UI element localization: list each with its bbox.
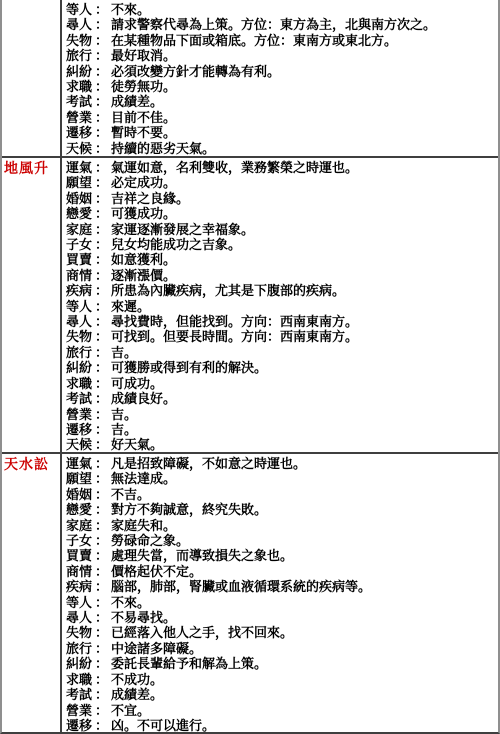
- entry-line: 疾病：所患為內臟疾病，尤其是下腹部的疾病。: [66, 283, 496, 298]
- entry-colon: ：: [92, 703, 111, 718]
- entry-colon: ：: [92, 360, 111, 375]
- entry-text: 吉祥之良緣。: [111, 191, 189, 206]
- hexagram-section: 等人：不來。 尋人：請求警察代尋為上策。方位：東方為主，北與南方次之。 失物：在…: [2, 0, 498, 156]
- entry-colon: ：: [92, 110, 111, 125]
- entry-label: 願望: [66, 471, 92, 486]
- entry-label: 戀愛: [66, 502, 92, 517]
- hexagram-entries: 運氣：凡是招致障礙，不如意之時運也。 願望：無法達成。 婚姻：不吉。 戀愛：對方…: [62, 454, 498, 732]
- entry-colon: ：: [92, 206, 111, 221]
- entry-line: 旅行：中途諸多障礙。: [66, 641, 496, 656]
- entry-label: 糾紛: [66, 64, 92, 79]
- hexagram-fortune-table: 等人：不來。 尋人：請求警察代尋為上策。方位：東方為主，北與南方次之。 失物：在…: [0, 0, 500, 734]
- entry-label: 買賣: [66, 252, 92, 267]
- entry-line: 營業：吉。: [66, 407, 496, 422]
- entry-colon: ：: [92, 687, 111, 702]
- entry-colon: ：: [92, 345, 111, 360]
- entry-line: 糾紛：委託長輩給予和解為上策。: [66, 656, 496, 671]
- entry-label: 尋人: [66, 17, 92, 32]
- entry-colon: ：: [92, 564, 111, 579]
- entry-line: 子女：勞碌命之象。: [66, 533, 496, 548]
- entry-colon: ：: [92, 314, 111, 329]
- entry-text: 不宜。: [111, 703, 150, 718]
- entry-line: 遷移：吉。: [66, 422, 496, 437]
- entry-label: 遷移: [66, 718, 92, 732]
- entry-text: 在某種物品下面或箱底。方位：東南方或東北方。: [111, 33, 397, 48]
- entry-text: 必定成功。: [111, 175, 176, 190]
- entry-colon: ：: [92, 422, 111, 437]
- entry-line: 疾病：腦部，肺部，腎臟或血液循環系統的疾病等。: [66, 579, 496, 594]
- entry-label: 考試: [66, 687, 92, 702]
- entry-colon: ：: [92, 48, 111, 63]
- hexagram-entries: 等人：不來。 尋人：請求警察代尋為上策。方位：東方為主，北與南方次之。 失物：在…: [62, 0, 498, 156]
- entry-colon: ：: [92, 471, 111, 486]
- entry-label: 失物: [66, 625, 92, 640]
- entry-label: 求職: [66, 376, 92, 391]
- entry-line: 等人：來遲。: [66, 299, 496, 314]
- entry-text: 持續的惡劣天氣。: [111, 141, 215, 156]
- entry-colon: ：: [92, 222, 111, 237]
- entry-label: 子女: [66, 533, 92, 548]
- entry-colon: ：: [92, 79, 111, 94]
- entry-colon: ：: [92, 407, 111, 422]
- entry-text: 請求警察代尋為上策。方位：東方為主，北與南方次之。: [111, 17, 436, 32]
- entry-label: 失物: [66, 329, 92, 344]
- entry-label: 糾紛: [66, 656, 92, 671]
- hexagram-section: 天水訟 運氣：凡是招致障礙，不如意之時運也。 願望：無法達成。 婚姻：不吉。 戀…: [2, 452, 498, 732]
- entry-line: 婚姻：吉祥之良緣。: [66, 191, 496, 206]
- entry-label: 等人: [66, 2, 92, 17]
- entry-label: 尋人: [66, 610, 92, 625]
- hexagram-name: 地風升: [2, 158, 62, 452]
- entry-line: 糾紛：必須改變方針才能轉為有利。: [66, 64, 496, 79]
- entry-text: 可獲成功。: [111, 206, 176, 221]
- entry-label: 疾病: [66, 283, 92, 298]
- entry-label: 運氣: [66, 160, 92, 175]
- entry-label: 商情: [66, 268, 92, 283]
- entry-colon: ：: [92, 125, 111, 140]
- entry-text: 已經落入他人之手，找不回來。: [111, 625, 293, 640]
- entry-colon: ：: [92, 175, 111, 190]
- entry-label: 疾病: [66, 579, 92, 594]
- entry-text: 腦部，肺部，腎臟或血液循環系統的疾病等。: [111, 579, 371, 594]
- entry-label: 等人: [66, 299, 92, 314]
- entry-text: 如意獲利。: [111, 252, 176, 267]
- entry-line: 失物：可找到。但要長時間。方向：西南東南方。: [66, 329, 496, 344]
- entry-line: 戀愛：對方不夠誠意，終究失敗。: [66, 502, 496, 517]
- entry-label: 旅行: [66, 48, 92, 63]
- entry-colon: ：: [92, 141, 111, 156]
- entry-colon: ：: [92, 548, 111, 563]
- entry-text: 兒女均能成功之吉象。: [111, 237, 241, 252]
- entry-line: 家庭：家運逐漸發展之幸福象。: [66, 222, 496, 237]
- entry-colon: ：: [92, 656, 111, 671]
- entry-label: 運氣: [66, 456, 92, 471]
- entry-line: 求職：不成功。: [66, 672, 496, 687]
- entry-text: 最好取消。: [111, 48, 176, 63]
- entry-text: 可成功。: [111, 376, 163, 391]
- entry-line: 尋人：不易尋找。: [66, 610, 496, 625]
- entry-text: 逐漸漲價。: [111, 268, 176, 283]
- entry-colon: ：: [92, 518, 111, 533]
- entry-line: 營業：不宜。: [66, 703, 496, 718]
- entry-line: 等人：不來。: [66, 2, 496, 17]
- entry-label: 求職: [66, 79, 92, 94]
- hexagram-section: 地風升 運氣：氣運如意，名利雙收，業務繁榮之時運也。 願望：必定成功。 婚姻：吉…: [2, 156, 498, 452]
- entry-colon: ：: [92, 641, 111, 656]
- entry-colon: ：: [92, 94, 111, 109]
- entry-label: 願望: [66, 175, 92, 190]
- entry-label: 營業: [66, 407, 92, 422]
- entry-text: 暫時不要。: [111, 125, 176, 140]
- entry-colon: ：: [92, 718, 111, 732]
- entry-text: 成績差。: [111, 687, 163, 702]
- entry-colon: ：: [92, 2, 111, 17]
- entry-label: 遷移: [66, 125, 92, 140]
- entry-colon: ：: [92, 672, 111, 687]
- entry-line: 營業：目前不佳。: [66, 110, 496, 125]
- entry-label: 營業: [66, 110, 92, 125]
- entry-colon: ：: [92, 237, 111, 252]
- entry-label: 糾紛: [66, 360, 92, 375]
- entry-text: 家運逐漸發展之幸福象。: [111, 222, 254, 237]
- entry-label: 婚姻: [66, 191, 92, 206]
- entry-label: 天候: [66, 141, 92, 156]
- entry-line: 旅行：吉。: [66, 345, 496, 360]
- entry-text: 來遲。: [111, 299, 150, 314]
- entry-line: 求職：可成功。: [66, 376, 496, 391]
- entry-text: 不來。: [111, 595, 150, 610]
- entry-label: 考試: [66, 391, 92, 406]
- entry-label: 商情: [66, 564, 92, 579]
- entry-label: 等人: [66, 595, 92, 610]
- entry-label: 旅行: [66, 641, 92, 656]
- entry-text: 尋找費時，但能找到。方向：西南東南方。: [111, 314, 358, 329]
- entry-colon: ：: [92, 391, 111, 406]
- entry-line: 遷移：暫時不要。: [66, 125, 496, 140]
- entry-line: 子女：兒女均能成功之吉象。: [66, 237, 496, 252]
- entry-line: 商情：逐漸漲價。: [66, 268, 496, 283]
- hexagram-name: [2, 0, 62, 156]
- entry-colon: ：: [92, 329, 111, 344]
- entry-colon: ：: [92, 283, 111, 298]
- entry-line: 戀愛：可獲成功。: [66, 206, 496, 221]
- entry-text: 處理失當，而導致損失之象也。: [111, 548, 293, 563]
- entry-label: 營業: [66, 703, 92, 718]
- entry-label: 失物: [66, 33, 92, 48]
- entry-text: 委託長輩給予和解為上策。: [111, 656, 267, 671]
- entry-colon: ：: [92, 456, 111, 471]
- entry-line: 考試：成績差。: [66, 687, 496, 702]
- entry-text: 吉。: [111, 345, 137, 360]
- entry-colon: ：: [92, 437, 111, 452]
- entry-colon: ：: [92, 610, 111, 625]
- entry-line: 婚姻：不吉。: [66, 487, 496, 502]
- entry-line: 等人：不來。: [66, 595, 496, 610]
- entry-line: 買賣：處理失當，而導致損失之象也。: [66, 548, 496, 563]
- entry-text: 好天氣。: [111, 437, 163, 452]
- entry-text: 對方不夠誠意，終究失敗。: [111, 502, 267, 517]
- entry-colon: ：: [92, 191, 111, 206]
- entry-line: 運氣：氣運如意，名利雙收，業務繁榮之時運也。: [66, 160, 496, 175]
- entry-label: 家庭: [66, 222, 92, 237]
- hexagram-name: 天水訟: [2, 454, 62, 732]
- entry-line: 運氣：凡是招致障礙，不如意之時運也。: [66, 456, 496, 471]
- entry-colon: ：: [92, 579, 111, 594]
- entry-colon: ：: [92, 33, 111, 48]
- entry-colon: ：: [92, 17, 111, 32]
- entry-text: 勞碌命之象。: [111, 533, 189, 548]
- entry-line: 家庭：家庭失和。: [66, 518, 496, 533]
- entry-text: 中途諸多障礙。: [111, 641, 202, 656]
- entry-label: 遷移: [66, 422, 92, 437]
- entry-text: 不來。: [111, 2, 150, 17]
- entry-text: 價格起伏不定。: [111, 564, 202, 579]
- entry-line: 願望：必定成功。: [66, 175, 496, 190]
- entry-line: 尋人：尋找費時，但能找到。方向：西南東南方。: [66, 314, 496, 329]
- entry-text: 所患為內臟疾病，尤其是下腹部的疾病。: [111, 283, 345, 298]
- entry-text: 氣運如意，名利雙收，業務繁榮之時運也。: [111, 160, 358, 175]
- entry-text: 必須改變方針才能轉為有利。: [111, 64, 280, 79]
- entry-label: 婚姻: [66, 487, 92, 502]
- entry-label: 買賣: [66, 548, 92, 563]
- entry-colon: ：: [92, 487, 111, 502]
- entry-line: 求職：徒勞無功。: [66, 79, 496, 94]
- entry-colon: ：: [92, 299, 111, 314]
- entry-text: 可找到。但要長時間。方向：西南東南方。: [111, 329, 358, 344]
- entry-line: 願望：無法達成。: [66, 471, 496, 486]
- entry-text: 凡是招致障礙，不如意之時運也。: [111, 456, 306, 471]
- entry-text: 家庭失和。: [111, 518, 176, 533]
- entry-text: 成績良好。: [111, 391, 176, 406]
- entry-text: 無法達成。: [111, 471, 176, 486]
- entry-text: 目前不佳。: [111, 110, 176, 125]
- entry-colon: ：: [92, 625, 111, 640]
- entry-label: 旅行: [66, 345, 92, 360]
- entry-text: 可獲勝或得到有利的解決。: [111, 360, 267, 375]
- entry-text: 成績差。: [111, 94, 163, 109]
- entry-label: 尋人: [66, 314, 92, 329]
- entry-line: 失物：已經落入他人之手，找不回來。: [66, 625, 496, 640]
- entry-colon: ：: [92, 502, 111, 517]
- entry-text: 徒勞無功。: [111, 79, 176, 94]
- entry-text: 不成功。: [111, 672, 163, 687]
- entry-text: 凶。不可以進行。: [111, 718, 215, 732]
- entry-label: 子女: [66, 237, 92, 252]
- entry-label: 家庭: [66, 518, 92, 533]
- entry-line: 尋人：請求警察代尋為上策。方位：東方為主，北與南方次之。: [66, 17, 496, 32]
- entry-text: 不易尋找。: [111, 610, 176, 625]
- entry-line: 失物：在某種物品下面或箱底。方位：東南方或東北方。: [66, 33, 496, 48]
- entry-text: 吉。: [111, 407, 137, 422]
- entry-line: 商情：價格起伏不定。: [66, 564, 496, 579]
- entry-colon: ：: [92, 252, 111, 267]
- entry-line: 天候：持續的惡劣天氣。: [66, 141, 496, 156]
- entry-line: 旅行：最好取消。: [66, 48, 496, 63]
- entry-colon: ：: [92, 533, 111, 548]
- entry-colon: ：: [92, 160, 111, 175]
- entry-line: 天候：好天氣。: [66, 437, 496, 452]
- entry-line: 考試：成績良好。: [66, 391, 496, 406]
- entry-colon: ：: [92, 268, 111, 283]
- entry-label: 戀愛: [66, 206, 92, 221]
- entry-label: 考試: [66, 94, 92, 109]
- entry-colon: ：: [92, 376, 111, 391]
- hexagram-entries: 運氣：氣運如意，名利雙收，業務繁榮之時運也。 願望：必定成功。 婚姻：吉祥之良緣…: [62, 158, 498, 452]
- entry-line: 買賣：如意獲利。: [66, 252, 496, 267]
- entry-label: 求職: [66, 672, 92, 687]
- entry-text: 不吉。: [111, 487, 150, 502]
- entry-text: 吉。: [111, 422, 137, 437]
- entry-label: 天候: [66, 437, 92, 452]
- entry-line: 糾紛：可獲勝或得到有利的解決。: [66, 360, 496, 375]
- entry-colon: ：: [92, 64, 111, 79]
- entry-line: 考試：成績差。: [66, 94, 496, 109]
- entry-colon: ：: [92, 595, 111, 610]
- entry-line: 遷移：凶。不可以進行。: [66, 718, 496, 732]
